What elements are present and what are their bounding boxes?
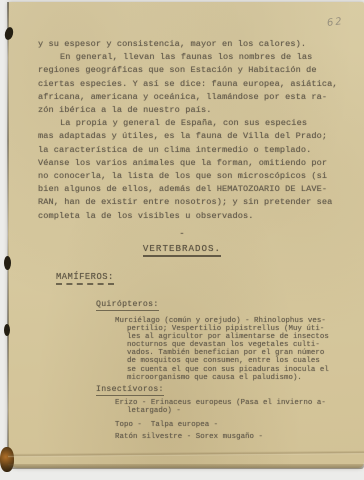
heading-insectivoros-label: Insectívoros: [96, 385, 164, 396]
heading-mamiferos-label: MAMÍFEROS: [56, 272, 114, 285]
heading-insectivoros: Insectívoros: [96, 385, 164, 396]
body-paragraphs: y su espesor y consistencia, mayor en lo… [38, 38, 343, 223]
text-line: y su espesor y consistencia, mayor en lo… [38, 38, 343, 51]
scanned-document-page: 62 y su espesor y consistencia, mayor en… [0, 0, 364, 480]
text-line: africana, americana y oceánica, llamándo… [38, 91, 343, 104]
species-entry-raton: Ratón silvestre - Sorex musgaño - [115, 433, 263, 441]
text-line: pertilio; Vespertilio pipistrellus (Muy … [115, 325, 340, 333]
scan-edge-artifact [7, 2, 9, 466]
text-line: Erizo - Erinaceus europeus (Pasa el invi… [115, 399, 350, 407]
separator-dash: - [0, 229, 364, 239]
text-line: regiones geográficas que son Estación y … [38, 64, 343, 77]
text-line: En general, llevan las faunas los nombre… [38, 51, 343, 64]
text-line: Véanse los varios animales que la forman… [38, 157, 343, 170]
species-entry-murcielago: Murciélago (común y orejudo) - Rhinoloph… [115, 317, 340, 382]
heading-vertebrados-label: VERTEBRADOS. [143, 243, 221, 257]
text-line: se cuenta el que con sus picaduras inocu… [115, 366, 340, 374]
species-entry-erizo: Erizo - Erinaceus europeus (Pasa el invi… [115, 399, 350, 415]
heading-vertebrados: VERTEBRADOS. [0, 243, 364, 257]
scan-blot-artifact [4, 324, 10, 336]
text-line: mas adaptadas y útiles, es la fauna de V… [38, 130, 343, 143]
heading-mamiferos: MAMÍFEROS: [56, 272, 114, 285]
text-line: ciertas especies. Y así se dice: fauna e… [38, 78, 343, 91]
text-line: la característica de un clima intermedio… [38, 144, 343, 157]
text-line: microorganismo que causa el paludismo). [115, 374, 340, 382]
text-line: no conocerla, la lista de los que son mi… [38, 170, 343, 183]
text-line: de mosquitos que consumen, entre los cua… [115, 357, 340, 365]
text-line: letargado) - [115, 407, 350, 415]
text-line: RAN, han de existir entre nosotros); y s… [38, 196, 343, 209]
text-line: bien algunos de ellos, además del HEMATO… [38, 183, 343, 196]
text-line: zón ibérica a la de nuestro país. [38, 104, 343, 117]
text-line: Murciélago (común y orejudo) - Rhinoloph… [115, 317, 340, 325]
text-line: La propia y general de España, con sus e… [38, 117, 343, 130]
heading-quiropteros-label: Quirópteros: [96, 300, 159, 311]
handwritten-page-number: 62 [327, 16, 345, 29]
scan-edge-artifact [8, 464, 364, 469]
scan-blot-artifact [4, 256, 11, 270]
species-entry-topo: Topo - Talpa europea - [115, 421, 218, 429]
heading-quiropteros: Quirópteros: [96, 300, 159, 311]
text-line: completa la de los visibles u observados… [38, 210, 343, 223]
